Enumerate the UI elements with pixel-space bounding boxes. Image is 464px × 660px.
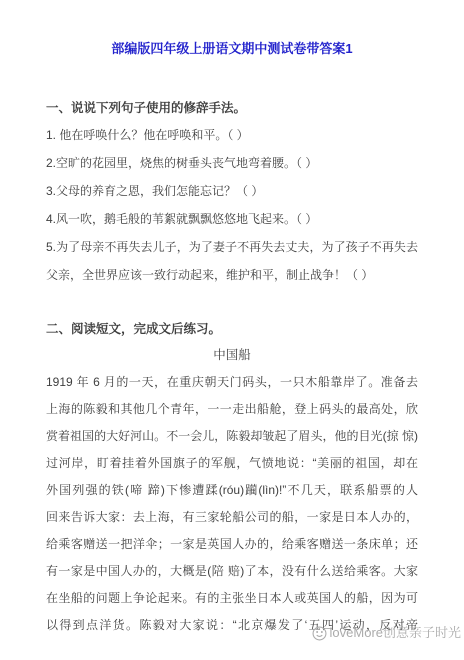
watermark: loveMore创意亲子时光 — [312, 625, 461, 641]
question-item: 1. 他在呼唤什么？他在呼唤和平。（ ） — [46, 121, 418, 149]
passage-line: 在坐船的问题上争论起来。有的主张坐日本人或英国人的船，因为可 — [46, 585, 418, 612]
watermark-smiley-icon — [312, 626, 327, 641]
passage-body: 1919 年 6 月的一天，在重庆朝天门码头，一只木船靠岸了。准备去上海的陈毅和… — [46, 369, 418, 639]
question-item: 5.为了母亲不再失去儿子，为了妻子不再失去丈夫，为了孩子不再失去父亲，全世界应该… — [46, 233, 418, 289]
question-item: 3.父母的养育之恩，我们怎能忘记？（ ） — [46, 177, 418, 205]
passage-line: 外国列强的铁(啼 蹄)下惨遭蹂(róu)躏(lìn)!”不几天，联系船票的人 — [46, 477, 418, 504]
question-item: 4.风一吹，鹅毛般的苇絮就飘飘悠悠地飞起来。（ ） — [46, 205, 418, 233]
passage-line: 1919 年 6 月的一天，在重庆朝天门码头，一只木船靠岸了。准备去 — [46, 369, 418, 396]
passage-line: 有一家是中国人办的，大概是(陪 赔)了本，没有什么送给乘客。大家 — [46, 558, 418, 585]
page-title: 部编版四年级上册语文期中测试卷带答案1 — [46, 40, 418, 57]
section1-questions: 1. 他在呼唤什么？他在呼唤和平。（ ）2.空旷的花园里，烧焦的树垂头丧气地弯着… — [46, 121, 418, 289]
passage-line: 过河岸，盯着挂着外国旗子的军舰，气愤地说：“美丽的祖国，却在 — [46, 450, 418, 477]
section1-heading: 一、说说下列句子使用的修辞手法。 — [46, 100, 418, 116]
passage-line: 回来告诉大家：去上海，有三家轮船公司的船，一家是日本人办的， — [46, 504, 418, 531]
watermark-label: loveMore创意亲子时光 — [330, 625, 461, 641]
section2-heading: 二、阅读短文，完成文后练习。 — [46, 321, 418, 337]
document-page: 部编版四年级上册语文期中测试卷带答案1 一、说说下列句子使用的修辞手法。 1. … — [0, 0, 464, 660]
question-item: 2.空旷的花园里，烧焦的树垂头丧气地弯着腰。（ ） — [46, 149, 418, 177]
passage-title: 中国船 — [46, 348, 418, 363]
passage-line: 给乘客赠送一把洋伞；一家是英国人办的，给乘客赠送一条床单；还 — [46, 531, 418, 558]
passage-line: 上海的陈毅和其他几个青年，一一走出船舱，登上码头的最高处，欣 — [46, 396, 418, 423]
document-content: 一、说说下列句子使用的修辞手法。 1. 他在呼唤什么？他在呼唤和平。（ ）2.空… — [46, 100, 418, 639]
passage-line: 赏着祖国的大好河山。不一会儿，陈毅却皱起了眉头，他的目光(掠 惊) — [46, 423, 418, 450]
